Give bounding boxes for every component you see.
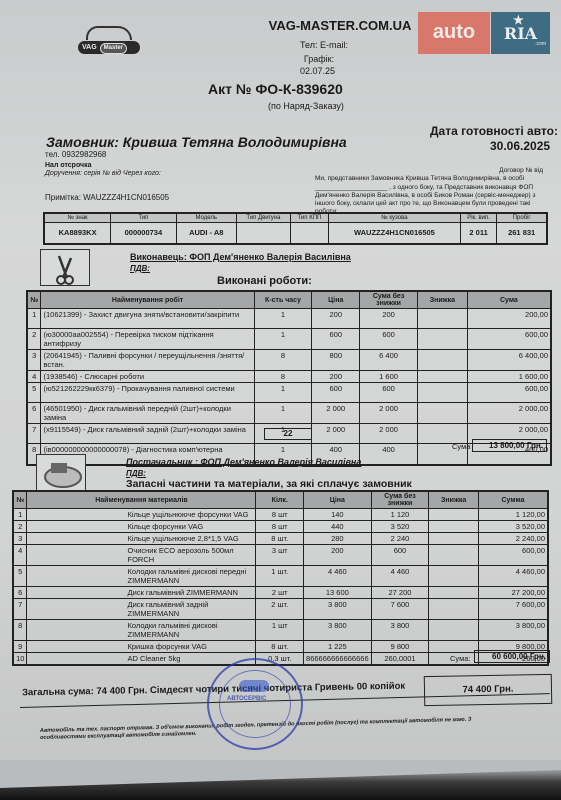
vehicle-header-cell: Тип bbox=[111, 213, 176, 222]
ready-date: 30.06.2025 bbox=[490, 139, 550, 153]
row-sum: 2 000,00 bbox=[467, 403, 551, 424]
row-n: 10 bbox=[13, 653, 27, 666]
row-n: 5 bbox=[27, 383, 41, 403]
row-price: 800 bbox=[312, 350, 360, 371]
row-qty: 8 шт bbox=[256, 509, 304, 521]
row-discount bbox=[417, 329, 467, 350]
power-of-attorney: Доручення: серія № від Через кого: bbox=[45, 170, 161, 177]
row-discount bbox=[429, 599, 479, 620]
column-header: Сума без знижки bbox=[360, 291, 418, 309]
payment-type: Нал отсрочка bbox=[45, 162, 92, 169]
vehicle-table: № знакТипМодельТип ДвигунаТип КПП№ кузов… bbox=[43, 212, 548, 245]
row-price: 2 000 bbox=[312, 403, 360, 424]
row-n: 6 bbox=[13, 587, 27, 599]
vat-label: ПДВ: bbox=[130, 264, 150, 273]
row-discount bbox=[429, 566, 479, 587]
vag-master-logo: VAGMaster bbox=[78, 26, 140, 60]
row-n: 1 bbox=[27, 309, 41, 329]
row-name: Кільце ущільнююче форсунки VAG bbox=[27, 509, 256, 521]
works-sum: 13 800,00 Грн. bbox=[472, 439, 547, 452]
car-silhouette-icon bbox=[86, 26, 132, 40]
vehicle-header-cell: Пробіг bbox=[497, 213, 547, 222]
vehicle-header-cell: № кузова bbox=[328, 213, 460, 222]
row-discount bbox=[417, 424, 467, 444]
table-row: 6(46501950) - Диск гальмівний передній (… bbox=[27, 403, 551, 424]
vehicle-value-cell: 2 011 bbox=[460, 222, 496, 244]
row-price: 4 460 bbox=[304, 566, 372, 587]
ready-date-label: Дата готовності авто: bbox=[430, 124, 558, 138]
row-n: 2 bbox=[13, 521, 27, 533]
row-name: (46501950) - Диск гальмівний передній (2… bbox=[41, 403, 254, 424]
works-sum-label: Сума bbox=[452, 442, 470, 451]
table-row: 1Кільце ущільнююче форсунки VAG8 шт1401 … bbox=[13, 509, 548, 521]
vehicle-value-row: KA8893KX000000734AUDI - A8WAUZZZ4H1CN016… bbox=[44, 222, 547, 244]
parts-header-row: №Найменування материалівКілк.ЦінаСума бе… bbox=[13, 491, 548, 509]
row-subtotal: 27 200 bbox=[371, 587, 429, 599]
watermark-auto: auto bbox=[418, 12, 490, 54]
row-name: (ю30000aa002554) - Перевірка тиском підт… bbox=[41, 329, 254, 350]
column-header: Найменування материалів bbox=[27, 491, 256, 509]
watermark-ria: ★ RIA .com bbox=[491, 12, 550, 54]
vehicle-header-row: № знакТипМодельТип ДвигунаТип КПП№ кузов… bbox=[44, 213, 547, 222]
row-sum: 3 520,00 bbox=[479, 521, 548, 533]
row-n: 3 bbox=[27, 350, 41, 371]
row-price: 140 bbox=[304, 509, 372, 521]
row-name: Кришка форсунки VAG bbox=[27, 641, 256, 653]
supplier: Постачальник : ФОП Дем'яненко Валерія Ва… bbox=[126, 457, 361, 467]
works-total-hours: 22 bbox=[264, 428, 312, 440]
parts-icon bbox=[36, 454, 86, 491]
table-row: 5(ю521262229кк6379) - Прокачування палив… bbox=[27, 383, 551, 403]
row-sum: 2 240,00 bbox=[479, 533, 548, 545]
logo-badge: VAGMaster bbox=[78, 41, 140, 54]
row-name: (20641945) - Паливні форсунки / переущіл… bbox=[41, 350, 254, 371]
parts-table: №Найменування материалівКілк.ЦінаСума бе… bbox=[12, 490, 549, 666]
row-name: (10621399) - Захист двигуна зняти/встано… bbox=[41, 309, 254, 329]
row-subtotal: 4 460 bbox=[371, 566, 429, 587]
table-row: 3(20641945) - Паливні форсунки / переущі… bbox=[27, 350, 551, 371]
row-discount bbox=[429, 509, 479, 521]
column-header: Знижка bbox=[417, 291, 467, 309]
table-row: 3Кільце ущільнююче 2,8*1,5 VAG8 шт.2802 … bbox=[13, 533, 548, 545]
table-row: 8Колодки гальмівні дискові ZIMMERMANN1 ш… bbox=[13, 620, 548, 641]
row-price: 200 bbox=[304, 545, 372, 566]
row-subtotal: 3 800 bbox=[371, 620, 429, 641]
row-n: 2 bbox=[27, 329, 41, 350]
row-subtotal: 1 120 bbox=[371, 509, 429, 521]
act-title: Акт № ФО-К-839620 bbox=[208, 81, 343, 97]
row-price: 13 600 bbox=[304, 587, 372, 599]
row-price: 200 bbox=[312, 371, 360, 383]
row-subtotal: 2 000 bbox=[360, 403, 418, 424]
executor: Виконавець: ФОП Дем'яненко Валерія Васил… bbox=[130, 252, 351, 262]
row-discount bbox=[429, 545, 479, 566]
autoria-watermark: auto ★ RIA .com bbox=[418, 12, 550, 54]
vehicle-value-cell: AUDI - A8 bbox=[176, 222, 236, 244]
row-price: 600 bbox=[312, 383, 360, 403]
row-n: 6 bbox=[27, 403, 41, 424]
vehicle-value-cell: 261 831 bbox=[497, 222, 547, 244]
star-icon: ★ bbox=[513, 0, 524, 42]
row-subtotal: 200 bbox=[360, 309, 418, 329]
row-subtotal: 600 bbox=[371, 545, 429, 566]
row-name: AD Cleaner 5kg bbox=[27, 653, 256, 666]
row-name: (x9115549) - Диск гальмівний задній (2шт… bbox=[41, 424, 254, 444]
customer-phone: тел. 0932982968 bbox=[45, 150, 106, 159]
row-n: 5 bbox=[13, 566, 27, 587]
row-qty: 1 шт bbox=[256, 620, 304, 641]
row-sum: 7 600,00 bbox=[479, 599, 548, 620]
column-header: Найменування робіт bbox=[41, 291, 254, 309]
vehicle-value-cell: KA8893KX bbox=[44, 222, 111, 244]
row-discount bbox=[429, 620, 479, 641]
row-sum: 4 460,00 bbox=[479, 566, 548, 587]
works-header-row: №Найменування робітК-сть часуЦінаСума бе… bbox=[27, 291, 551, 309]
row-price: 200 bbox=[312, 309, 360, 329]
contact-line: Тел: E-mail: bbox=[300, 40, 348, 50]
contract-body: Ми, представники Замовника Кривша Тетяна… bbox=[315, 175, 543, 216]
column-header: № bbox=[27, 291, 41, 309]
row-subtotal: 1 600 bbox=[360, 371, 418, 383]
row-qty: 1 bbox=[254, 403, 312, 424]
row-name: Диск гальмівний задній ZIMMERMANN bbox=[27, 599, 256, 620]
row-qty: 8 шт. bbox=[256, 641, 304, 653]
vehicle-value-cell bbox=[290, 222, 328, 244]
vehicle-value-cell bbox=[236, 222, 290, 244]
parts-sum-label: Сума: bbox=[450, 654, 471, 663]
table-row: 6Диск гальмівний ZIMMERMANN2 шт13 60027 … bbox=[13, 587, 548, 599]
note: Примітка: WAUZZZ4H1CN016505 bbox=[45, 193, 169, 202]
row-subtotal: 600 bbox=[360, 383, 418, 403]
row-qty: 1 bbox=[254, 383, 312, 403]
row-qty: 1 bbox=[254, 329, 312, 350]
stamp-logo-icon bbox=[239, 680, 269, 692]
row-qty: 2 шт bbox=[256, 587, 304, 599]
row-qty: 8 шт. bbox=[256, 533, 304, 545]
table-row: 9Кришка форсунки VAG8 шт.1 2259 8009 800… bbox=[13, 641, 548, 653]
site-url: VAG-MASTER.COM.UA bbox=[250, 18, 430, 33]
column-header: Ціна bbox=[304, 491, 372, 509]
row-subtotal: 2 000 bbox=[360, 424, 418, 444]
row-price: 3 800 bbox=[304, 599, 372, 620]
company-stamp: АВТОСЕРВІС bbox=[207, 658, 303, 750]
row-qty: 8 bbox=[254, 371, 312, 383]
row-subtotal: 400 bbox=[360, 444, 418, 466]
row-name: (1938546) - Слюсарні роботи bbox=[41, 371, 254, 383]
row-subtotal: 2 240 bbox=[371, 533, 429, 545]
row-n: 3 bbox=[13, 533, 27, 545]
row-discount bbox=[429, 521, 479, 533]
customer-title: Замовник: Кривша Тетяна Володимирівна bbox=[46, 134, 347, 150]
column-header: Знижка bbox=[429, 491, 479, 509]
column-header: Сумма bbox=[479, 491, 548, 509]
row-sum: 27 200,00 bbox=[479, 587, 548, 599]
row-qty: 3 шт bbox=[256, 545, 304, 566]
row-qty: 1 bbox=[254, 309, 312, 329]
column-header: К-сть часу bbox=[254, 291, 312, 309]
row-discount bbox=[417, 383, 467, 403]
row-subtotal: 7 600 bbox=[371, 599, 429, 620]
row-price: 2 000 bbox=[312, 424, 360, 444]
parts-sum: 60 600,00 Грн. bbox=[474, 650, 550, 663]
row-name: Колодки гальмівні дискові ZIMMERMANN bbox=[27, 620, 256, 641]
row-sum: 3 800,00 bbox=[479, 620, 548, 641]
schedule-label: Графік: bbox=[294, 54, 344, 64]
row-n: 9 bbox=[13, 641, 27, 653]
row-name: Кільце ущільнююче 2,8*1,5 VAG bbox=[27, 533, 256, 545]
document-date: 02.07.25 bbox=[300, 66, 335, 76]
row-discount bbox=[429, 641, 479, 653]
row-discount bbox=[417, 403, 467, 424]
row-sum: 200,00 bbox=[467, 309, 551, 329]
row-subtotal: 9 800 bbox=[371, 641, 429, 653]
row-qty: 1 шт. bbox=[256, 566, 304, 587]
grand-total-box: 74 400 Грн. bbox=[424, 674, 553, 706]
row-sum: 600,00 bbox=[479, 545, 548, 566]
parts-title: Запасні частини та матеріали, за які спл… bbox=[126, 478, 412, 490]
row-name: Диск гальмівний ZIMMERMANN bbox=[27, 587, 256, 599]
table-row: 5Колодки гальмівні дискові передні ZIMME… bbox=[13, 566, 548, 587]
row-discount bbox=[417, 309, 467, 329]
row-qty: 8 шт bbox=[256, 521, 304, 533]
column-header: Сума bbox=[467, 291, 551, 309]
watermark-com: .com bbox=[535, 22, 546, 66]
row-name: Очисник ECO аерозоль 500мл FORCH bbox=[27, 545, 256, 566]
vehicle-header-cell: № знак bbox=[44, 213, 111, 222]
logo-badge-text: Master bbox=[100, 43, 127, 54]
row-n: 4 bbox=[27, 371, 41, 383]
row-price: 3 800 bbox=[304, 620, 372, 641]
row-price: 600 bbox=[312, 329, 360, 350]
table-row: 4Очисник ECO аерозоль 500мл FORCH3 шт200… bbox=[13, 545, 548, 566]
row-qty: 8 bbox=[254, 350, 312, 371]
row-n: 8 bbox=[13, 620, 27, 641]
row-subtotal: 260,0001 bbox=[371, 653, 429, 666]
column-header: № bbox=[13, 491, 27, 509]
row-sum: 1 600,00 bbox=[467, 371, 551, 383]
works-title: Виконані роботи: bbox=[217, 275, 312, 287]
vehicle-header-cell: Тип КПП bbox=[290, 213, 328, 222]
row-discount bbox=[417, 350, 467, 371]
row-discount bbox=[429, 533, 479, 545]
contract-text: Договор № від Ми, представники Замовника… bbox=[315, 167, 543, 217]
logo-text: VAG bbox=[82, 44, 97, 51]
row-price: 866666666666666 bbox=[304, 653, 372, 666]
act-subtitle: (по Наряд-Заказу) bbox=[268, 101, 344, 111]
row-subtotal: 600 bbox=[360, 329, 418, 350]
vehicle-header-cell: Модель bbox=[176, 213, 236, 222]
row-price: 280 bbox=[304, 533, 372, 545]
row-discount bbox=[417, 371, 467, 383]
vehicle-value-cell: 000000734 bbox=[111, 222, 176, 244]
table-row: 2Кільце форсунки VAG8 шт4403 5203 520,00 bbox=[13, 521, 548, 533]
row-name: Кільце форсунки VAG bbox=[27, 521, 256, 533]
tools-icon bbox=[40, 249, 90, 286]
row-sum: 600,00 bbox=[467, 329, 551, 350]
row-sum: 1 120,00 bbox=[479, 509, 548, 521]
table-row: 1(10621399) - Захист двигуна зняти/встан… bbox=[27, 309, 551, 329]
row-name: (ю521262229кк6379) - Прокачування паливн… bbox=[41, 383, 254, 403]
row-subtotal: 3 520 bbox=[371, 521, 429, 533]
table-row: 4(1938546) - Слюсарні роботи82001 6001 6… bbox=[27, 371, 551, 383]
row-n: 1 bbox=[13, 509, 27, 521]
vat-label-parts: ПДВ: bbox=[126, 469, 146, 478]
row-price: 440 bbox=[304, 521, 372, 533]
row-n: 4 bbox=[13, 545, 27, 566]
row-qty: 2 шт. bbox=[256, 599, 304, 620]
row-sum: 6 400,00 bbox=[467, 350, 551, 371]
table-row: 7Диск гальмівний задній ZIMMERMANN2 шт.3… bbox=[13, 599, 548, 620]
row-subtotal: 6 400 bbox=[360, 350, 418, 371]
vehicle-value-cell: WAUZZZ4H1CN016505 bbox=[328, 222, 460, 244]
stamp-text: АВТОСЕРВІС bbox=[227, 696, 266, 702]
column-header: Ціна bbox=[312, 291, 360, 309]
table-row: 2(ю30000aa002554) - Перевірка тиском під… bbox=[27, 329, 551, 350]
row-price: 1 225 bbox=[304, 641, 372, 653]
row-n: 7 bbox=[27, 424, 41, 444]
row-n: 7 bbox=[13, 599, 27, 620]
row-sum: 600,00 bbox=[467, 383, 551, 403]
column-header: Кілк. bbox=[256, 491, 304, 509]
row-name: Колодки гальмівні дискові передні ZIMMER… bbox=[27, 566, 256, 587]
background-surface bbox=[0, 770, 561, 800]
row-discount bbox=[429, 587, 479, 599]
column-header: Сума без знижки bbox=[371, 491, 429, 509]
vehicle-header-cell: Рік. вип. bbox=[460, 213, 496, 222]
vehicle-header-cell: Тип Двигуна bbox=[236, 213, 290, 222]
